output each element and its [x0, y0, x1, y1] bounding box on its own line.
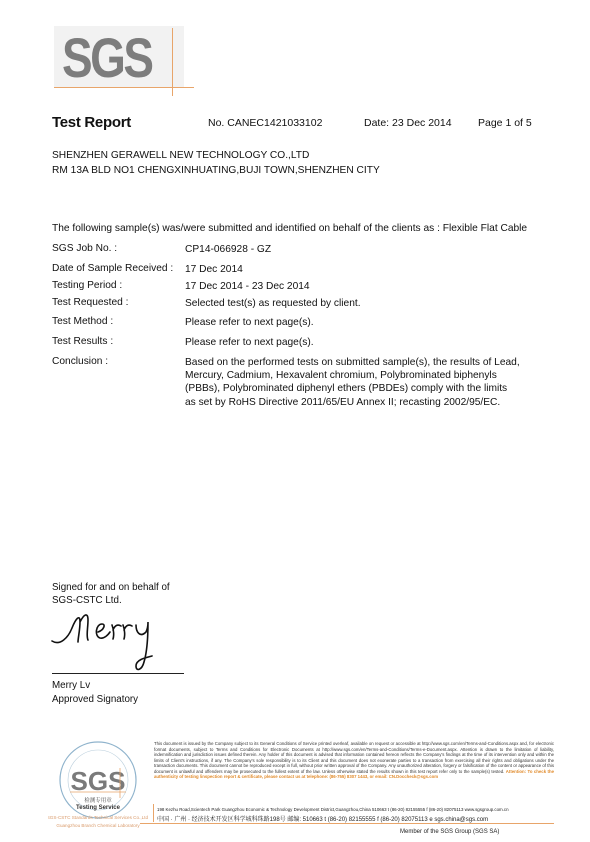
signer-name: Merry Lv: [52, 679, 138, 693]
svg-text:Guangzhou Branch Chemical Labo: Guangzhou Branch Chemical Laboratory: [56, 823, 140, 828]
signer-title: Approved Signatory: [52, 693, 138, 707]
footer-rule: [140, 823, 554, 824]
field-value: Based on the performed tests on submitte…: [185, 356, 520, 409]
field-value: Selected test(s) as requested by client.: [185, 297, 520, 310]
client-company: SHENZHEN GERAWELL NEW TECHNOLOGY CO.,LTD: [52, 150, 309, 161]
signing-company: SGS-CSTC Ltd.: [52, 595, 170, 608]
field-label: Testing Period :: [52, 280, 122, 291]
footer-accent-rule: [153, 804, 154, 822]
sgs-logo: SGS: [54, 26, 194, 96]
handwritten-signature: [50, 608, 190, 676]
signature-block: Signed for and on behalf of SGS-CSTC Ltd…: [52, 582, 170, 607]
stamp-seal-icon: SGS 检测专用章 Testing Service SGS-CSTC Stand…: [48, 740, 148, 830]
field-label: SGS Job No. :: [52, 243, 117, 254]
field-value: Please refer to next page(s).: [185, 316, 520, 329]
field-value: CP14-066928 - GZ: [185, 243, 520, 256]
svg-text:SGS-CSTC Standards Technical S: SGS-CSTC Standards Technical Services Co…: [48, 815, 148, 820]
footer-address-english: 198 Kezhu Road,Scientech Park Guangzhou …: [157, 807, 509, 812]
field-label: Test Requested :: [52, 297, 128, 308]
page-indicator: Page 1 of 5: [478, 117, 532, 129]
signature-line: [52, 673, 184, 674]
field-value: Please refer to next page(s).: [185, 336, 520, 349]
legal-disclaimer: This document is issued by the Company s…: [154, 741, 554, 780]
field-label: Test Method :: [52, 316, 113, 327]
sample-intro: The following sample(s) was/were submitt…: [52, 223, 527, 234]
signer-block: Merry Lv Approved Signatory: [52, 679, 138, 707]
report-title: Test Report: [52, 114, 131, 131]
field-value: 17 Dec 2014: [185, 263, 520, 276]
field-label: Conclusion :: [52, 356, 108, 367]
report-date: Date: 23 Dec 2014: [364, 117, 452, 129]
disclaimer-text: This document is issued by the Company s…: [154, 741, 554, 774]
field-label: Date of Sample Received :: [52, 263, 173, 274]
client-address: RM 13A BLD NO1 CHENGXINHUATING,BUJI TOWN…: [52, 165, 380, 176]
signed-for-text: Signed for and on behalf of: [52, 582, 170, 595]
sgs-group-membership: Member of the SGS Group (SGS SA): [400, 829, 499, 835]
report-number: No. CANEC1421033102: [208, 117, 322, 129]
svg-text:SGS: SGS: [71, 766, 126, 796]
footer-address-chinese: 中国 · 广州 · 经济技术开发区科学城科珠路198号 邮编: 510663 t…: [157, 814, 488, 823]
logo-horizontal-rule: [54, 87, 194, 88]
report-header: Test Report No. CANEC1421033102 Date: 23…: [52, 114, 550, 134]
field-value: 17 Dec 2014 - 23 Dec 2014: [185, 280, 520, 293]
svg-text:Testing Service: Testing Service: [76, 805, 121, 811]
logo-text: SGS: [62, 30, 152, 86]
svg-text:检测专用章: 检测专用章: [84, 796, 112, 804]
testing-service-stamp: SGS 检测专用章 Testing Service SGS-CSTC Stand…: [48, 740, 148, 830]
logo-vertical-rule: [172, 28, 173, 96]
field-label: Test Results :: [52, 336, 113, 347]
